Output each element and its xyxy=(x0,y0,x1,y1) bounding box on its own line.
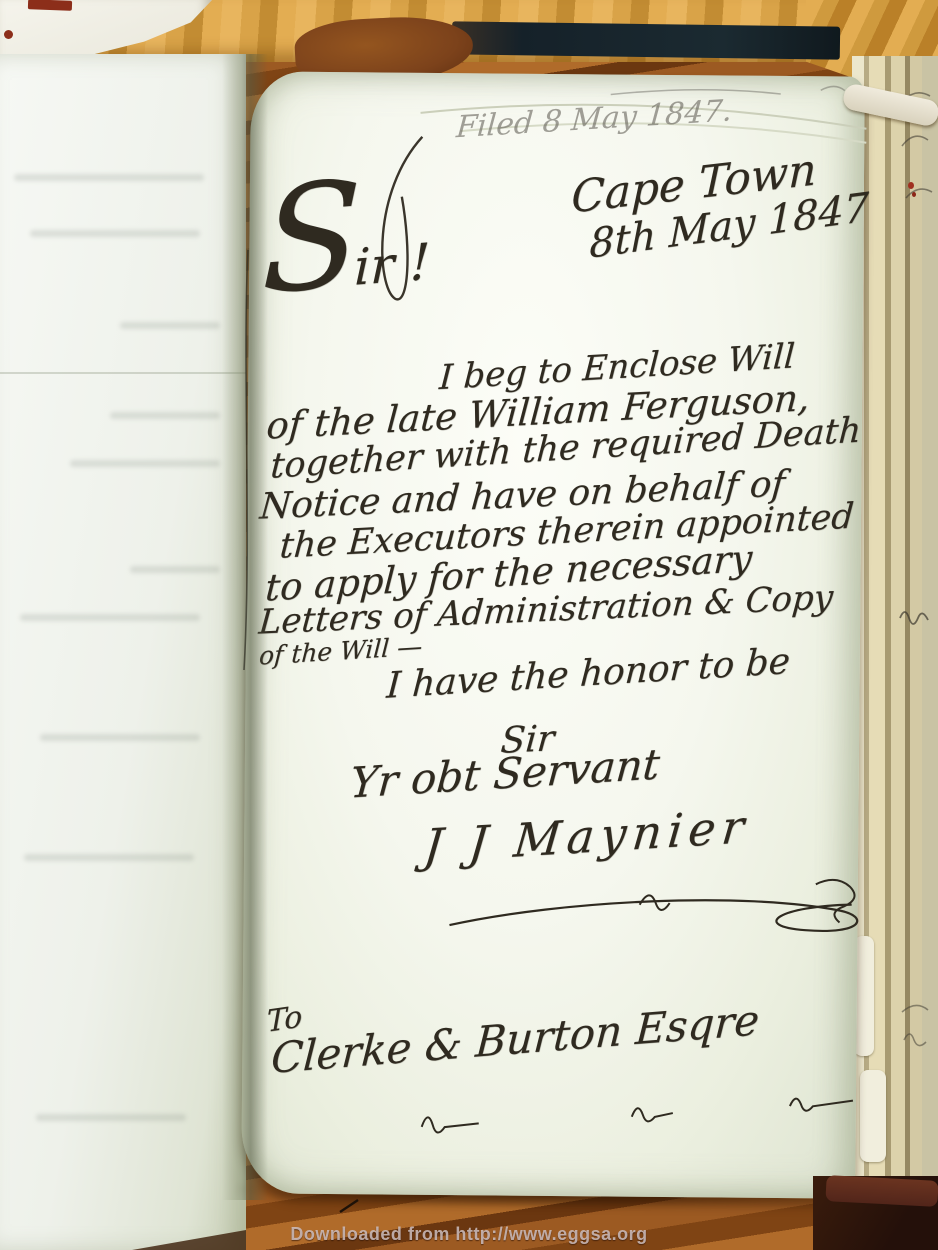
salutation: Sir ! xyxy=(260,156,433,315)
red-speck xyxy=(912,192,916,197)
red-speck xyxy=(908,182,914,189)
showthrough-line xyxy=(36,1114,186,1121)
ink-fragment-icon xyxy=(898,996,934,1056)
left-blank-page xyxy=(0,54,246,1250)
book-spine-strip xyxy=(452,21,840,59)
ink-speck-icon xyxy=(336,1196,366,1216)
signature-flourish-icon xyxy=(443,863,884,947)
watermark: Downloaded from http://www.eggsa.org xyxy=(0,1224,938,1245)
showthrough-line xyxy=(20,614,200,621)
showthrough-line xyxy=(14,174,204,181)
showthrough-line xyxy=(120,322,220,329)
showthrough-line xyxy=(70,460,220,467)
ink-fragment-icon xyxy=(896,596,932,636)
red-cover-dot xyxy=(4,30,13,39)
showthrough-line xyxy=(30,230,200,237)
showthrough-line xyxy=(110,412,220,419)
binding-thread-icon xyxy=(238,250,258,670)
pen-squiggles-icon xyxy=(402,1093,882,1147)
red-cover-mark xyxy=(28,0,72,11)
signature: J J Maynier xyxy=(422,803,752,869)
showthrough-line xyxy=(24,854,194,861)
letter-page: Filed 8 May 1847. Cape Town 8th May 1847… xyxy=(241,71,865,1198)
showthrough-line xyxy=(130,566,220,573)
addressee-line: Clerke & Burton Esqre xyxy=(270,999,761,1080)
showthrough-line xyxy=(40,734,200,741)
photo-scene: Filed 8 May 1847. Cape Town 8th May 1847… xyxy=(0,0,938,1250)
page-fold-crease xyxy=(0,372,246,374)
closing-line: Yr obt Servant xyxy=(349,743,662,804)
closing-line: I have the honor to be xyxy=(385,644,791,705)
